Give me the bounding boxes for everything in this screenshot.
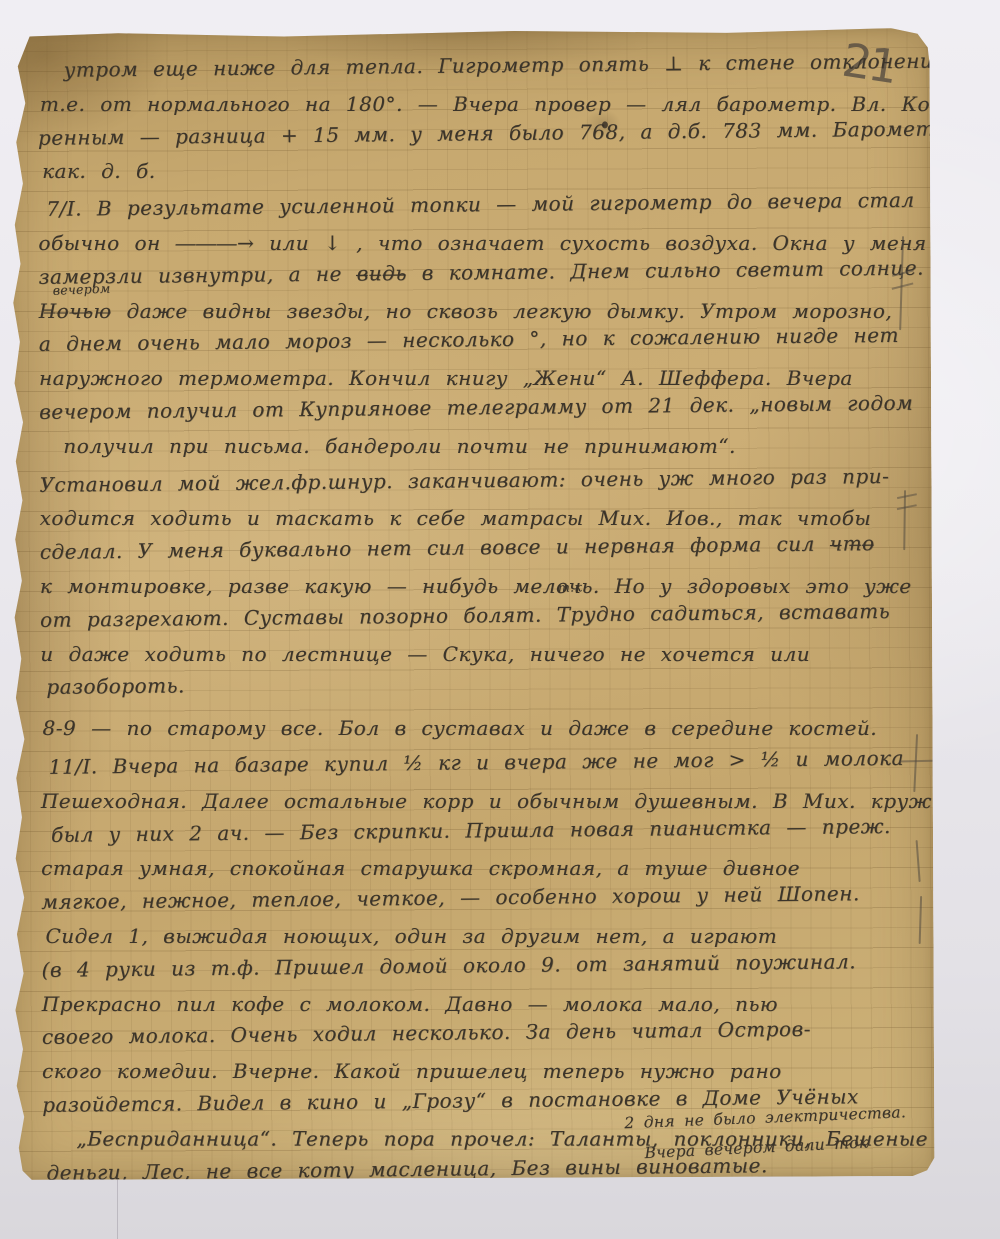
ink-dot bbox=[602, 121, 608, 128]
handwritten-line: как. д. б. bbox=[42, 155, 912, 189]
interlinear-insertion: т.к. bbox=[558, 579, 587, 595]
handwritten-line: разобороть. bbox=[46, 662, 914, 705]
background-seam-line bbox=[117, 1176, 118, 1239]
photo-background: 21 утром еще ниже для тепла. Гигрометр о… bbox=[0, 0, 1000, 1239]
handwritten-line: 8-9 — по старому все. Бол в суставах и д… bbox=[43, 712, 915, 746]
handwritten-line: 11/I. Вчера на базаре купил ½ кг и вчера… bbox=[49, 742, 915, 785]
interlinear-insertion: вечером bbox=[52, 281, 110, 298]
handwritten-line: Установил мой жел.фр.шнур. заканчивают: … bbox=[39, 459, 913, 502]
handwritten-line: а днем очень мало мороз — несколько °, н… bbox=[39, 319, 913, 362]
handwritten-line: 7/I. В результате усиленной топки — мой … bbox=[46, 184, 912, 227]
handwritten-line: получил при письма. бандероли почти не п… bbox=[63, 430, 913, 464]
diary-page: 21 утром еще ниже для тепла. Гигрометр о… bbox=[7, 28, 934, 1180]
handwriting-block: утром еще ниже для тепла. Гигрометр опят… bbox=[38, 50, 917, 1180]
